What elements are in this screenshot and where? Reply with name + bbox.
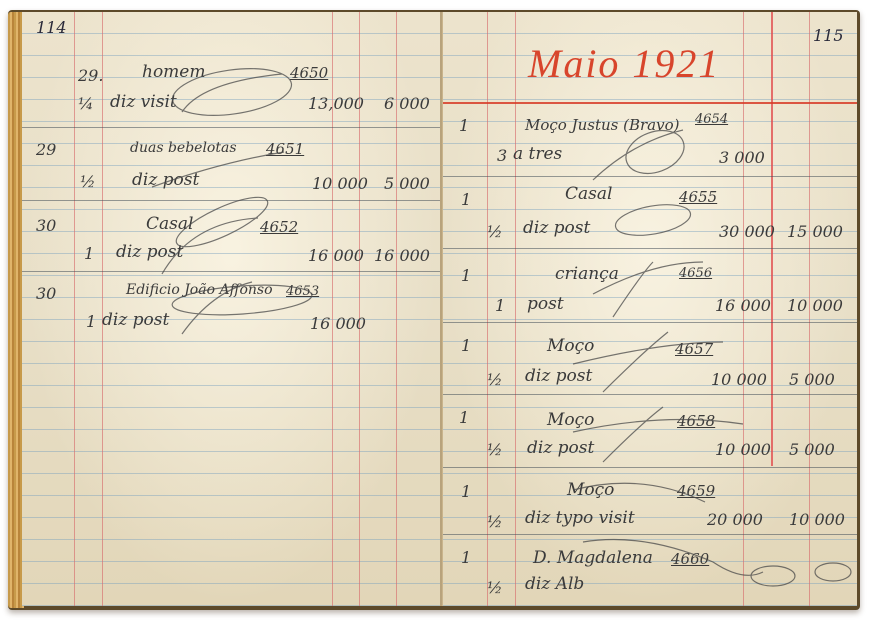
entry-price: 30 000 [719,222,775,241]
entry-name: Moço [567,480,614,500]
entry-day: 29. [78,66,103,85]
entry-price: 10 000 [715,440,771,459]
entry-total: 10 000 [789,510,845,529]
entry-code: 4650 [290,64,328,82]
entry-code: 4656 [679,266,712,281]
entry-total: 5 000 [384,174,430,193]
entry-day: 1 [461,190,471,209]
entry-qty: ½ [487,578,503,597]
entry-day: 1 [459,116,469,135]
entry-qty: 1 [495,296,505,315]
entry-name: criança [555,264,619,284]
entry-price: 16 000 [308,246,364,265]
entry-code: 4653 [286,284,319,299]
entry-item: post [527,294,564,314]
entry-code: 4659 [677,482,715,500]
entry-code: 4658 [677,412,715,430]
entry-code: 4651 [266,140,304,158]
entry-code: 4654 [695,112,728,127]
entry-price: 10 000 [312,174,368,193]
entry-price: 16 000 [310,314,366,333]
page-number: 114 [36,18,67,37]
entry-name: D. Magdalena [533,548,653,568]
entry-qty: 1 [86,312,96,331]
entry-qty: ½ [80,172,96,191]
month-heading: Maio 1921 [528,40,720,87]
entry-code: 4652 [260,218,298,236]
entry-day: 1 [461,336,471,355]
entry-day: 30 [36,216,56,235]
entry-item: diz post [525,366,592,386]
entry-total: 6 000 [384,94,430,113]
entry-item: diz post [523,218,590,238]
margin-line [102,12,103,606]
entry-item: diz post [527,438,594,458]
entry-code: 4657 [675,340,713,358]
entry-qty: 1 [84,244,94,263]
entry-price: 20 000 [707,510,763,529]
entry-price: 10 000 [711,370,767,389]
entry-day: 1 [461,482,471,501]
entry-total: 5 000 [789,370,835,389]
entry-qty: ½ [487,440,503,459]
entry-item: diz Alb [525,574,584,594]
left-page: 114 29. homem 4650 ¼ diz visit 13,000 6 … [22,12,442,606]
entry-name: Casal [146,214,193,234]
entry-price: 13,000 [308,94,364,113]
entry-total: 15 000 [787,222,843,241]
entry-name: Casal [565,184,612,204]
entry-item: diz visit [110,92,177,112]
entry-qty: ¼ [78,94,94,113]
entry-day: 30 [36,284,56,303]
entry-item: a tres [513,144,562,164]
page-number: 115 [813,26,844,45]
entry-day: 29 [36,140,56,159]
entry-name: Edificio João Affonso [126,282,273,298]
entry-item: diz post [116,242,183,262]
entry-qty: ½ [487,222,503,241]
entry-item: diz post [132,170,199,190]
entry-day: 1 [459,408,469,427]
entry-name: Moço [547,410,594,430]
margin-line [74,12,75,606]
entry-item: diz typo visit [525,508,635,528]
entry-total: 5 000 [789,440,835,459]
entry-price: 16 000 [715,296,771,315]
heading-rule [443,102,857,104]
entry-qty: ½ [487,370,503,389]
entry-qty: 3 [497,146,507,165]
entry-name: Moço Justus (Bravo) [525,116,679,134]
right-page: 115 Maio 1921 1 Moço Justus (Bravo) 4654… [442,12,857,606]
entry-day: 1 [461,548,471,567]
entry-day: 1 [461,266,471,285]
entry-name: homem [142,62,205,82]
entry-name: Moço [547,336,594,356]
entry-item: diz post [102,310,169,330]
entry-price: 3 000 [719,148,765,167]
entry-code: 4655 [679,188,717,206]
entry-total: 10 000 [787,296,843,315]
entry-name: duas bebelotas [130,140,237,156]
entry-total: 16 000 [374,246,430,265]
entry-qty: ½ [487,512,503,531]
entry-code: 4660 [671,550,709,568]
